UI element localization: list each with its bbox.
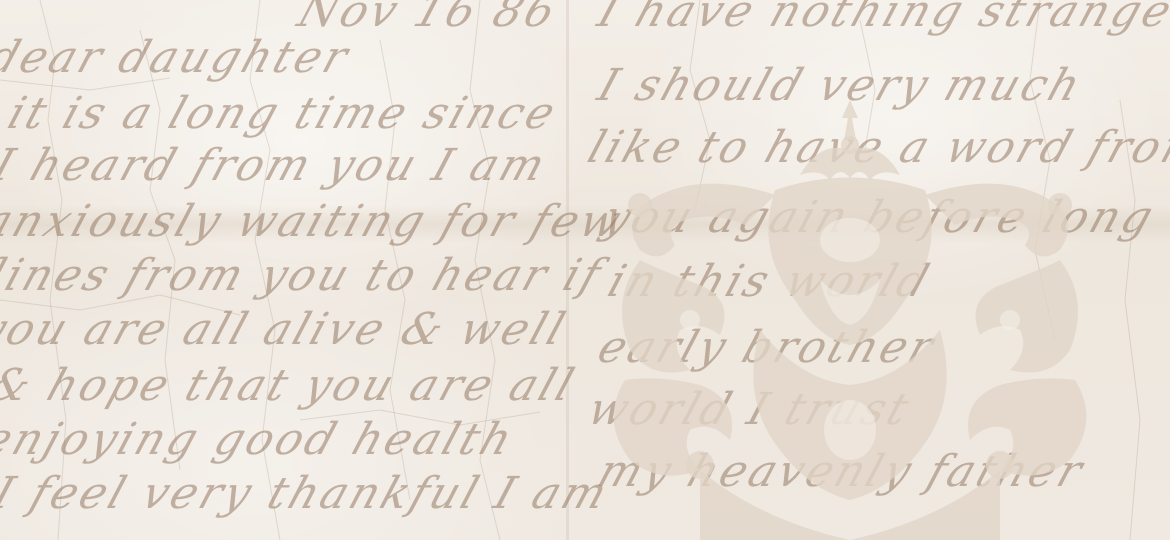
damask-ornament-icon bbox=[0, 0, 1170, 540]
aged-letter-background: Nov 16 86 dear daughter it is a long tim… bbox=[0, 0, 1170, 540]
